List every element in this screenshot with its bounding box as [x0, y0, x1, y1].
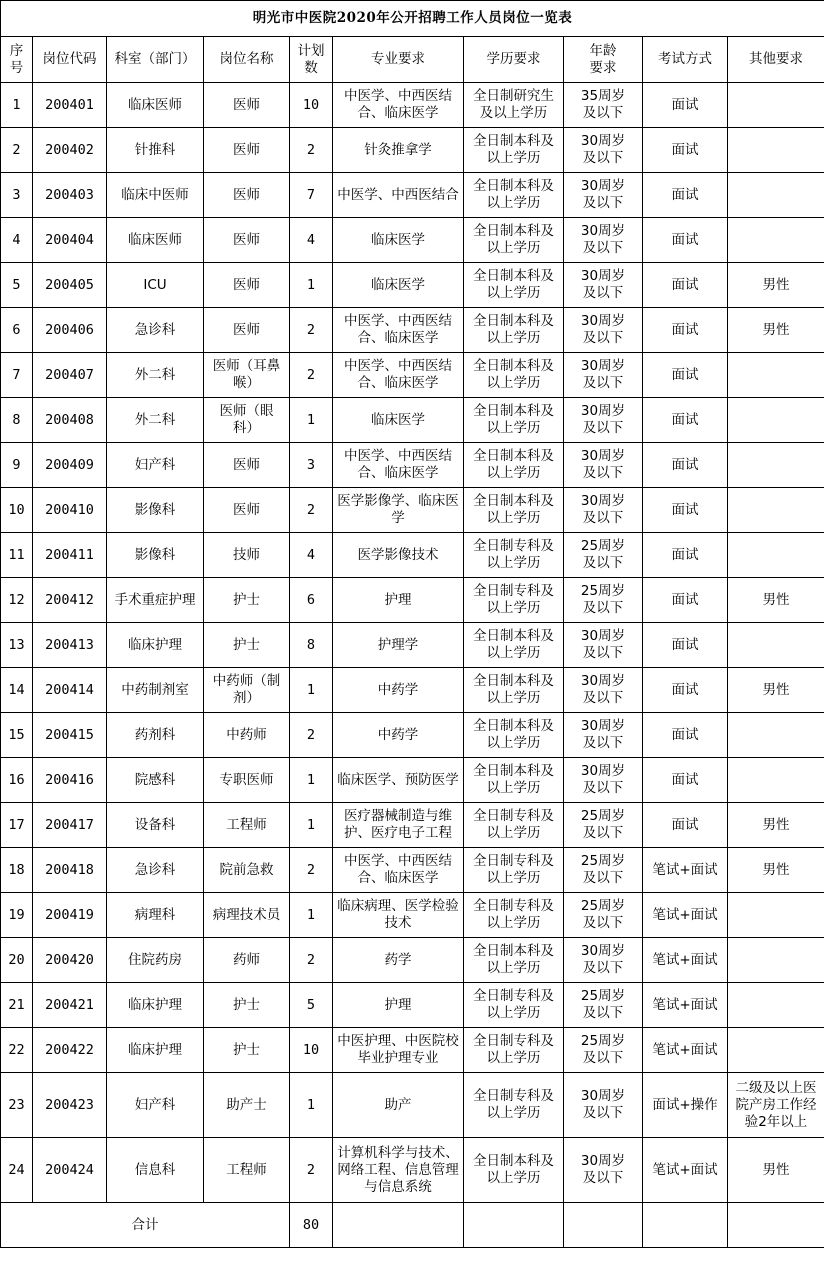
- cell-other: [728, 758, 824, 803]
- cell-count: 6: [290, 578, 333, 623]
- cell-other: 男性: [728, 263, 824, 308]
- cell-seq: 24: [1, 1138, 33, 1203]
- cell-dept: 临床护理: [107, 623, 204, 668]
- cell-other: 男性: [728, 578, 824, 623]
- cell-major: 针灸推拿学: [333, 128, 464, 173]
- cell-edu: 全日制本科及以上学历: [464, 398, 564, 443]
- cell-other: 男性: [728, 1138, 824, 1203]
- cell-post: 医师: [204, 443, 290, 488]
- cell-major: 医疗器械制造与维护、医疗电子工程: [333, 803, 464, 848]
- cell-exam: 面试: [643, 263, 728, 308]
- cell-code: 200409: [33, 443, 107, 488]
- cell-post: 医师: [204, 128, 290, 173]
- total-row: 合计80: [1, 1203, 824, 1248]
- cell-edu: 全日制本科及以上学历: [464, 758, 564, 803]
- cell-major: 临床医学: [333, 218, 464, 263]
- cell-major: 临床医学、预防医学: [333, 758, 464, 803]
- cell-exam: 面试: [643, 713, 728, 758]
- cell-count: 2: [290, 848, 333, 893]
- cell-dept: 影像科: [107, 533, 204, 578]
- cell-edu: 全日制本科及以上学历: [464, 1138, 564, 1203]
- cell-dept: 妇产科: [107, 443, 204, 488]
- cell-count: 1: [290, 893, 333, 938]
- cell-count: 2: [290, 353, 333, 398]
- cell-seq: 20: [1, 938, 33, 983]
- table-row: 8200408外二科医师（眼科）1临床医学全日制本科及以上学历30周岁及以下面试: [1, 398, 824, 443]
- cell-major: 中药学: [333, 713, 464, 758]
- cell-code: 200417: [33, 803, 107, 848]
- cell-age: 30周岁及以下: [564, 758, 643, 803]
- cell-other: [728, 128, 824, 173]
- cell-major: 中医学、中西医结合、临床医学: [333, 353, 464, 398]
- cell-exam: 笔试+面试: [643, 893, 728, 938]
- cell-code: 200401: [33, 83, 107, 128]
- cell-dept: 信息科: [107, 1138, 204, 1203]
- cell-seq: 7: [1, 353, 33, 398]
- cell-seq: 22: [1, 1028, 33, 1073]
- cell-edu: 全日制本科及以上学历: [464, 443, 564, 488]
- cell-dept: 急诊科: [107, 308, 204, 353]
- cell-dept: 急诊科: [107, 848, 204, 893]
- cell-major: 临床病理、医学检验技术: [333, 893, 464, 938]
- cell-exam: 面试: [643, 623, 728, 668]
- cell-seq: 9: [1, 443, 33, 488]
- cell-edu: 全日制专科及以上学历: [464, 533, 564, 578]
- table-row: 6200406急诊科医师2中医学、中西医结合、临床医学全日制本科及以上学历30周…: [1, 308, 824, 353]
- cell-edu: 全日制专科及以上学历: [464, 803, 564, 848]
- cell-seq: 5: [1, 263, 33, 308]
- cell-major: 助产: [333, 1073, 464, 1138]
- cell-age: 30周岁及以下: [564, 218, 643, 263]
- cell-exam: 面试: [643, 398, 728, 443]
- cell-major: 计算机科学与技术、网络工程、信息管理与信息系统: [333, 1138, 464, 1203]
- total-label: 合计: [1, 1203, 290, 1248]
- cell-major: 中医学、中西医结合、临床医学: [333, 308, 464, 353]
- cell-other: [728, 713, 824, 758]
- cell-code: 200404: [33, 218, 107, 263]
- cell-count: 2: [290, 308, 333, 353]
- cell-major: 临床医学: [333, 263, 464, 308]
- table-row: 23200423妇产科助产士1助产全日制专科及以上学历30周岁及以下面试+操作二…: [1, 1073, 824, 1138]
- cell-other: 二级及以上医院产房工作经验2年以上: [728, 1073, 824, 1138]
- cell-major: 护理: [333, 578, 464, 623]
- cell-other: 男性: [728, 308, 824, 353]
- cell-other: [728, 983, 824, 1028]
- table-row: 15200415药剂科中药师2中药学全日制本科及以上学历30周岁及以下面试: [1, 713, 824, 758]
- table-row: 12200412手术重症护理护士6护理全日制专科及以上学历25周岁及以下面试男性: [1, 578, 824, 623]
- cell-dept: 临床中医师: [107, 173, 204, 218]
- table-row: 19200419病理科病理技术员1临床病理、医学检验技术全日制专科及以上学历25…: [1, 893, 824, 938]
- cell-age: 25周岁及以下: [564, 1028, 643, 1073]
- cell-post: 技师: [204, 533, 290, 578]
- cell-exam: 面试+操作: [643, 1073, 728, 1138]
- header-edu: 学历要求: [464, 37, 564, 83]
- cell-code: 200411: [33, 533, 107, 578]
- cell-other: [728, 218, 824, 263]
- cell-post: 医师: [204, 173, 290, 218]
- cell-edu: 全日制专科及以上学历: [464, 893, 564, 938]
- cell-edu: 全日制本科及以上学历: [464, 488, 564, 533]
- table-row: 1200401临床医师医师10中医学、中西医结合、临床医学全日制研究生及以上学历…: [1, 83, 824, 128]
- cell-seq: 12: [1, 578, 33, 623]
- cell-code: 200416: [33, 758, 107, 803]
- cell-exam: 面试: [643, 308, 728, 353]
- cell-post: 药师: [204, 938, 290, 983]
- cell-post: 工程师: [204, 803, 290, 848]
- cell-major: 药学: [333, 938, 464, 983]
- cell-code: 200415: [33, 713, 107, 758]
- cell-exam: 笔试+面试: [643, 1138, 728, 1203]
- cell-other: 男性: [728, 803, 824, 848]
- cell-exam: 面试: [643, 353, 728, 398]
- cell-age: 30周岁及以下: [564, 938, 643, 983]
- header-seq: 序号: [1, 37, 33, 83]
- cell-dept: 手术重症护理: [107, 578, 204, 623]
- cell-seq: 19: [1, 893, 33, 938]
- cell-seq: 10: [1, 488, 33, 533]
- cell-count: 2: [290, 1138, 333, 1203]
- cell-count: 5: [290, 983, 333, 1028]
- cell-edu: 全日制专科及以上学历: [464, 848, 564, 893]
- total-empty-cell: [643, 1203, 728, 1248]
- cell-other: [728, 353, 824, 398]
- table-row: 21200421临床护理护士5护理全日制专科及以上学历25周岁及以下笔试+面试: [1, 983, 824, 1028]
- table-row: 20200420住院药房药师2药学全日制本科及以上学历30周岁及以下笔试+面试: [1, 938, 824, 983]
- cell-age: 30周岁及以下: [564, 1073, 643, 1138]
- cell-code: 200414: [33, 668, 107, 713]
- cell-count: 2: [290, 128, 333, 173]
- cell-major: 中医学、中西医结合: [333, 173, 464, 218]
- cell-age: 25周岁及以下: [564, 533, 643, 578]
- cell-post: 医师: [204, 488, 290, 533]
- cell-count: 7: [290, 173, 333, 218]
- cell-exam: 面试: [643, 488, 728, 533]
- table-row: 4200404临床医师医师4临床医学全日制本科及以上学历30周岁及以下面试: [1, 218, 824, 263]
- cell-post: 医师: [204, 308, 290, 353]
- cell-edu: 全日制专科及以上学历: [464, 1073, 564, 1138]
- cell-major: 医学影像学、临床医学: [333, 488, 464, 533]
- cell-other: [728, 938, 824, 983]
- header-major: 专业要求: [333, 37, 464, 83]
- cell-age: 30周岁及以下: [564, 623, 643, 668]
- cell-post: 护士: [204, 1028, 290, 1073]
- header-age: 年龄要求: [564, 37, 643, 83]
- cell-dept: 药剂科: [107, 713, 204, 758]
- cell-age: 30周岁及以下: [564, 443, 643, 488]
- cell-count: 1: [290, 803, 333, 848]
- cell-exam: 面试: [643, 578, 728, 623]
- cell-age: 25周岁及以下: [564, 848, 643, 893]
- cell-code: 200418: [33, 848, 107, 893]
- table-row: 5200405ICU医师1临床医学全日制本科及以上学历30周岁及以下面试男性: [1, 263, 824, 308]
- table-row: 14200414中药制剂室中药师（制剂）1中药学全日制本科及以上学历30周岁及以…: [1, 668, 824, 713]
- cell-other: [728, 623, 824, 668]
- cell-major: 中医护理、中医院校毕业护理专业: [333, 1028, 464, 1073]
- table-row: 3200403临床中医师医师7中医学、中西医结合全日制本科及以上学历30周岁及以…: [1, 173, 824, 218]
- cell-count: 2: [290, 488, 333, 533]
- table-title: 明光市中医院2020年公开招聘工作人员岗位一览表: [1, 1, 824, 37]
- table-row: 2200402针推科医师2针灸推拿学全日制本科及以上学历30周岁及以下面试: [1, 128, 824, 173]
- cell-other: [728, 893, 824, 938]
- cell-seq: 17: [1, 803, 33, 848]
- cell-edu: 全日制本科及以上学历: [464, 713, 564, 758]
- cell-post: 医师: [204, 83, 290, 128]
- cell-code: 200422: [33, 1028, 107, 1073]
- cell-age: 25周岁及以下: [564, 803, 643, 848]
- cell-seq: 16: [1, 758, 33, 803]
- cell-edu: 全日制专科及以上学历: [464, 1028, 564, 1073]
- cell-post: 护士: [204, 983, 290, 1028]
- cell-dept: 针推科: [107, 128, 204, 173]
- cell-code: 200408: [33, 398, 107, 443]
- cell-edu: 全日制本科及以上学历: [464, 218, 564, 263]
- cell-seq: 18: [1, 848, 33, 893]
- table-row: 13200413临床护理护士8护理学全日制本科及以上学历30周岁及以下面试: [1, 623, 824, 668]
- cell-count: 1: [290, 758, 333, 803]
- table-row: 17200417设备科工程师1医疗器械制造与维护、医疗电子工程全日制专科及以上学…: [1, 803, 824, 848]
- table-row: 11200411影像科技师4医学影像技术全日制专科及以上学历25周岁及以下面试: [1, 533, 824, 578]
- cell-age: 30周岁及以下: [564, 263, 643, 308]
- cell-code: 200424: [33, 1138, 107, 1203]
- cell-age: 30周岁及以下: [564, 713, 643, 758]
- cell-post: 中药师: [204, 713, 290, 758]
- cell-edu: 全日制专科及以上学历: [464, 983, 564, 1028]
- cell-exam: 笔试+面试: [643, 1028, 728, 1073]
- cell-count: 4: [290, 533, 333, 578]
- cell-dept: 外二科: [107, 398, 204, 443]
- header-post: 岗位名称: [204, 37, 290, 83]
- cell-code: 200412: [33, 578, 107, 623]
- cell-count: 1: [290, 398, 333, 443]
- cell-age: 30周岁及以下: [564, 353, 643, 398]
- cell-seq: 3: [1, 173, 33, 218]
- cell-post: 医师（眼科）: [204, 398, 290, 443]
- cell-count: 10: [290, 83, 333, 128]
- cell-seq: 23: [1, 1073, 33, 1138]
- cell-code: 200413: [33, 623, 107, 668]
- cell-edu: 全日制本科及以上学历: [464, 128, 564, 173]
- cell-edu: 全日制本科及以上学历: [464, 353, 564, 398]
- cell-count: 2: [290, 938, 333, 983]
- cell-other: 男性: [728, 848, 824, 893]
- cell-exam: 面试: [643, 443, 728, 488]
- cell-count: 3: [290, 443, 333, 488]
- cell-count: 1: [290, 263, 333, 308]
- cell-seq: 8: [1, 398, 33, 443]
- total-empty-cell: [464, 1203, 564, 1248]
- cell-post: 医师（耳鼻喉）: [204, 353, 290, 398]
- table-row: 16200416院感科专职医师1临床医学、预防医学全日制本科及以上学历30周岁及…: [1, 758, 824, 803]
- cell-seq: 2: [1, 128, 33, 173]
- cell-age: 25周岁及以下: [564, 578, 643, 623]
- cell-dept: 妇产科: [107, 1073, 204, 1138]
- cell-age: 30周岁及以下: [564, 668, 643, 713]
- cell-major: 中医学、中西医结合、临床医学: [333, 443, 464, 488]
- cell-exam: 笔试+面试: [643, 983, 728, 1028]
- recruitment-table: 明光市中医院2020年公开招聘工作人员岗位一览表 序号 岗位代码 科室（部门） …: [0, 0, 824, 1248]
- cell-seq: 13: [1, 623, 33, 668]
- cell-major: 中医学、中西医结合、临床医学: [333, 848, 464, 893]
- table-row: 9200409妇产科医师3中医学、中西医结合、临床医学全日制本科及以上学历30周…: [1, 443, 824, 488]
- cell-dept: ICU: [107, 263, 204, 308]
- cell-exam: 面试: [643, 83, 728, 128]
- cell-post: 医师: [204, 263, 290, 308]
- cell-edu: 全日制本科及以上学历: [464, 308, 564, 353]
- cell-other: [728, 488, 824, 533]
- cell-post: 院前急救: [204, 848, 290, 893]
- cell-post: 助产士: [204, 1073, 290, 1138]
- cell-code: 200421: [33, 983, 107, 1028]
- cell-dept: 设备科: [107, 803, 204, 848]
- cell-edu: 全日制专科及以上学历: [464, 578, 564, 623]
- cell-major: 中医学、中西医结合、临床医学: [333, 83, 464, 128]
- cell-post: 护士: [204, 623, 290, 668]
- header-dept: 科室（部门）: [107, 37, 204, 83]
- cell-edu: 全日制本科及以上学历: [464, 263, 564, 308]
- cell-dept: 临床医师: [107, 83, 204, 128]
- cell-exam: 面试: [643, 803, 728, 848]
- cell-exam: 笔试+面试: [643, 938, 728, 983]
- cell-exam: 面试: [643, 758, 728, 803]
- cell-age: 30周岁及以下: [564, 1138, 643, 1203]
- cell-other: [728, 173, 824, 218]
- header-other: 其他要求: [728, 37, 824, 83]
- cell-count: 10: [290, 1028, 333, 1073]
- cell-post: 专职医师: [204, 758, 290, 803]
- cell-code: 200406: [33, 308, 107, 353]
- cell-count: 8: [290, 623, 333, 668]
- cell-post: 医师: [204, 218, 290, 263]
- cell-edu: 全日制研究生及以上学历: [464, 83, 564, 128]
- cell-age: 30周岁及以下: [564, 308, 643, 353]
- cell-dept: 院感科: [107, 758, 204, 803]
- cell-seq: 1: [1, 83, 33, 128]
- cell-exam: 面试: [643, 173, 728, 218]
- cell-count: 1: [290, 668, 333, 713]
- cell-dept: 中药制剂室: [107, 668, 204, 713]
- cell-age: 30周岁及以下: [564, 398, 643, 443]
- cell-code: 200403: [33, 173, 107, 218]
- cell-major: 医学影像技术: [333, 533, 464, 578]
- cell-age: 30周岁及以下: [564, 173, 643, 218]
- cell-edu: 全日制本科及以上学历: [464, 938, 564, 983]
- cell-code: 200423: [33, 1073, 107, 1138]
- cell-seq: 4: [1, 218, 33, 263]
- cell-seq: 21: [1, 983, 33, 1028]
- cell-seq: 11: [1, 533, 33, 578]
- cell-exam: 面试: [643, 218, 728, 263]
- cell-major: 临床医学: [333, 398, 464, 443]
- cell-dept: 临床医师: [107, 218, 204, 263]
- table-row: 18200418急诊科院前急救2中医学、中西医结合、临床医学全日制专科及以上学历…: [1, 848, 824, 893]
- total-empty-cell: [728, 1203, 824, 1248]
- cell-seq: 6: [1, 308, 33, 353]
- cell-post: 工程师: [204, 1138, 290, 1203]
- cell-age: 25周岁及以下: [564, 983, 643, 1028]
- cell-major: 护理学: [333, 623, 464, 668]
- cell-exam: 面试: [643, 533, 728, 578]
- cell-count: 4: [290, 218, 333, 263]
- cell-other: [728, 443, 824, 488]
- cell-edu: 全日制本科及以上学历: [464, 668, 564, 713]
- cell-major: 护理: [333, 983, 464, 1028]
- header-row: 序号 岗位代码 科室（部门） 岗位名称 计划数 专业要求 学历要求 年龄要求 考…: [1, 37, 824, 83]
- cell-major: 中药学: [333, 668, 464, 713]
- total-count: 80: [290, 1203, 333, 1248]
- cell-post: 护士: [204, 578, 290, 623]
- table-row: 7200407外二科医师（耳鼻喉）2中医学、中西医结合、临床医学全日制本科及以上…: [1, 353, 824, 398]
- cell-age: 30周岁及以下: [564, 128, 643, 173]
- cell-count: 2: [290, 713, 333, 758]
- table-row: 22200422临床护理护士10中医护理、中医院校毕业护理专业全日制专科及以上学…: [1, 1028, 824, 1073]
- cell-dept: 外二科: [107, 353, 204, 398]
- cell-other: [728, 533, 824, 578]
- cell-post: 中药师（制剂）: [204, 668, 290, 713]
- cell-exam: 面试: [643, 128, 728, 173]
- cell-other: [728, 398, 824, 443]
- cell-post: 病理技术员: [204, 893, 290, 938]
- cell-code: 200402: [33, 128, 107, 173]
- cell-other: 男性: [728, 668, 824, 713]
- table-row: 10200410影像科医师2医学影像学、临床医学全日制本科及以上学历30周岁及以…: [1, 488, 824, 533]
- cell-age: 25周岁及以下: [564, 893, 643, 938]
- cell-edu: 全日制本科及以上学历: [464, 623, 564, 668]
- cell-age: 30周岁及以下: [564, 488, 643, 533]
- cell-exam: 面试: [643, 668, 728, 713]
- cell-seq: 15: [1, 713, 33, 758]
- cell-code: 200407: [33, 353, 107, 398]
- table-row: 24200424信息科工程师2计算机科学与技术、网络工程、信息管理与信息系统全日…: [1, 1138, 824, 1203]
- cell-dept: 影像科: [107, 488, 204, 533]
- header-count: 计划数: [290, 37, 333, 83]
- cell-code: 200419: [33, 893, 107, 938]
- cell-age: 35周岁及以下: [564, 83, 643, 128]
- cell-code: 200410: [33, 488, 107, 533]
- header-code: 岗位代码: [33, 37, 107, 83]
- header-exam: 考试方式: [643, 37, 728, 83]
- total-empty-cell: [333, 1203, 464, 1248]
- cell-edu: 全日制本科及以上学历: [464, 173, 564, 218]
- cell-exam: 笔试+面试: [643, 848, 728, 893]
- cell-dept: 临床护理: [107, 1028, 204, 1073]
- cell-code: 200420: [33, 938, 107, 983]
- total-empty-cell: [564, 1203, 643, 1248]
- cell-other: [728, 1028, 824, 1073]
- cell-dept: 临床护理: [107, 983, 204, 1028]
- cell-code: 200405: [33, 263, 107, 308]
- cell-other: [728, 83, 824, 128]
- cell-dept: 住院药房: [107, 938, 204, 983]
- cell-dept: 病理科: [107, 893, 204, 938]
- cell-count: 1: [290, 1073, 333, 1138]
- cell-seq: 14: [1, 668, 33, 713]
